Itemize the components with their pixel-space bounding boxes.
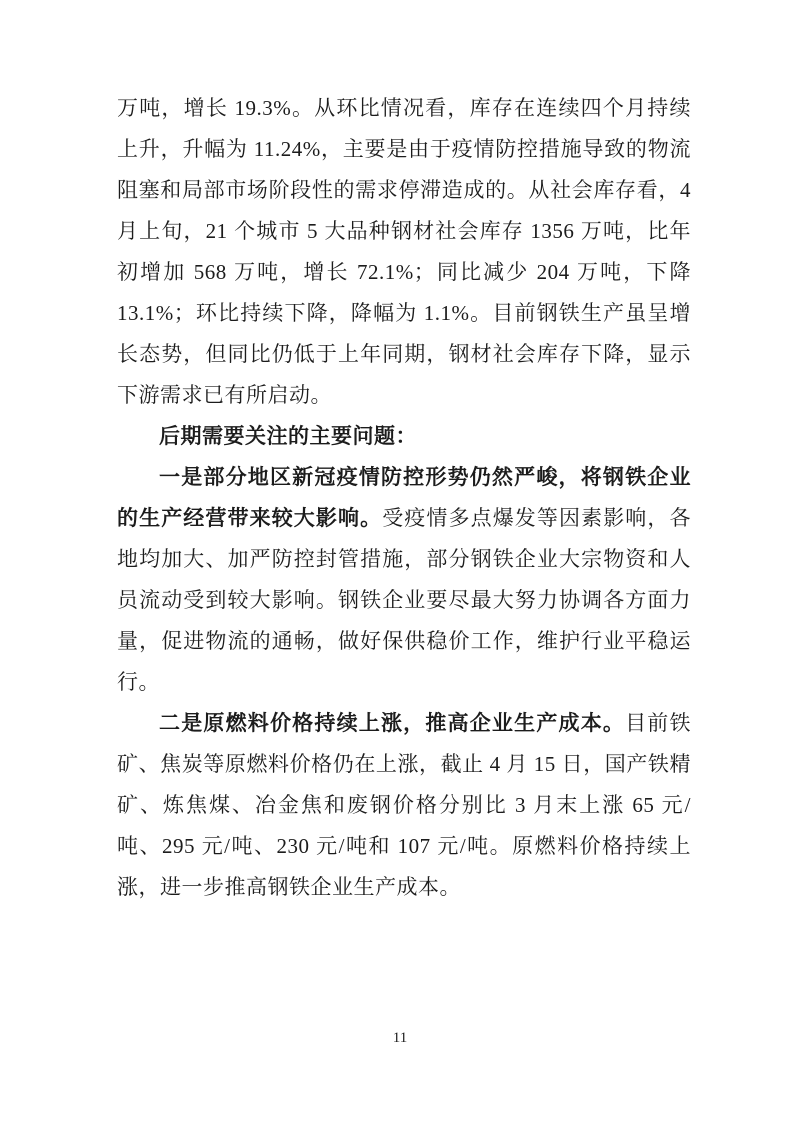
document-body: 万吨，增长 19.3%。从环比情况看，库存在连续四个月持续上升，升幅为 11.2… [117,88,691,908]
bold-heading-segment: 后期需要关注的主要问题： [159,425,417,448]
text-segment: 目前铁矿、焦炭等原燃料价格仍在上涨，截止 4 月 15 日，国产铁精矿、炼焦煤、… [117,711,691,899]
paragraph: 万吨，增长 19.3%。从环比情况看，库存在连续四个月持续上升，升幅为 11.2… [117,88,691,416]
text-segment: 万吨，增长 19.3%。从环比情况看，库存在连续四个月持续上升，升幅为 11.2… [117,96,691,407]
page-number: 11 [0,1030,800,1047]
paragraph: 一是部分地区新冠疫情防控形势仍然严峻，将钢铁企业的生产经营带来较大影响。受疫情多… [117,457,691,703]
paragraph: 后期需要关注的主要问题： [117,416,691,457]
paragraph: 二是原燃料价格持续上涨，推高企业生产成本。目前铁矿、焦炭等原燃料价格仍在上涨，截… [117,703,691,908]
bold-heading-segment: 二是原燃料价格持续上涨，推高企业生产成本。 [159,712,625,735]
text-segment: 受疫情多点爆发等因素影响，各地均加大、加严防控封管措施，部分钢铁企业大宗物资和人… [117,506,691,694]
document-page: 万吨，增长 19.3%。从环比情况看，库存在连续四个月持续上升，升幅为 11.2… [0,0,800,1131]
